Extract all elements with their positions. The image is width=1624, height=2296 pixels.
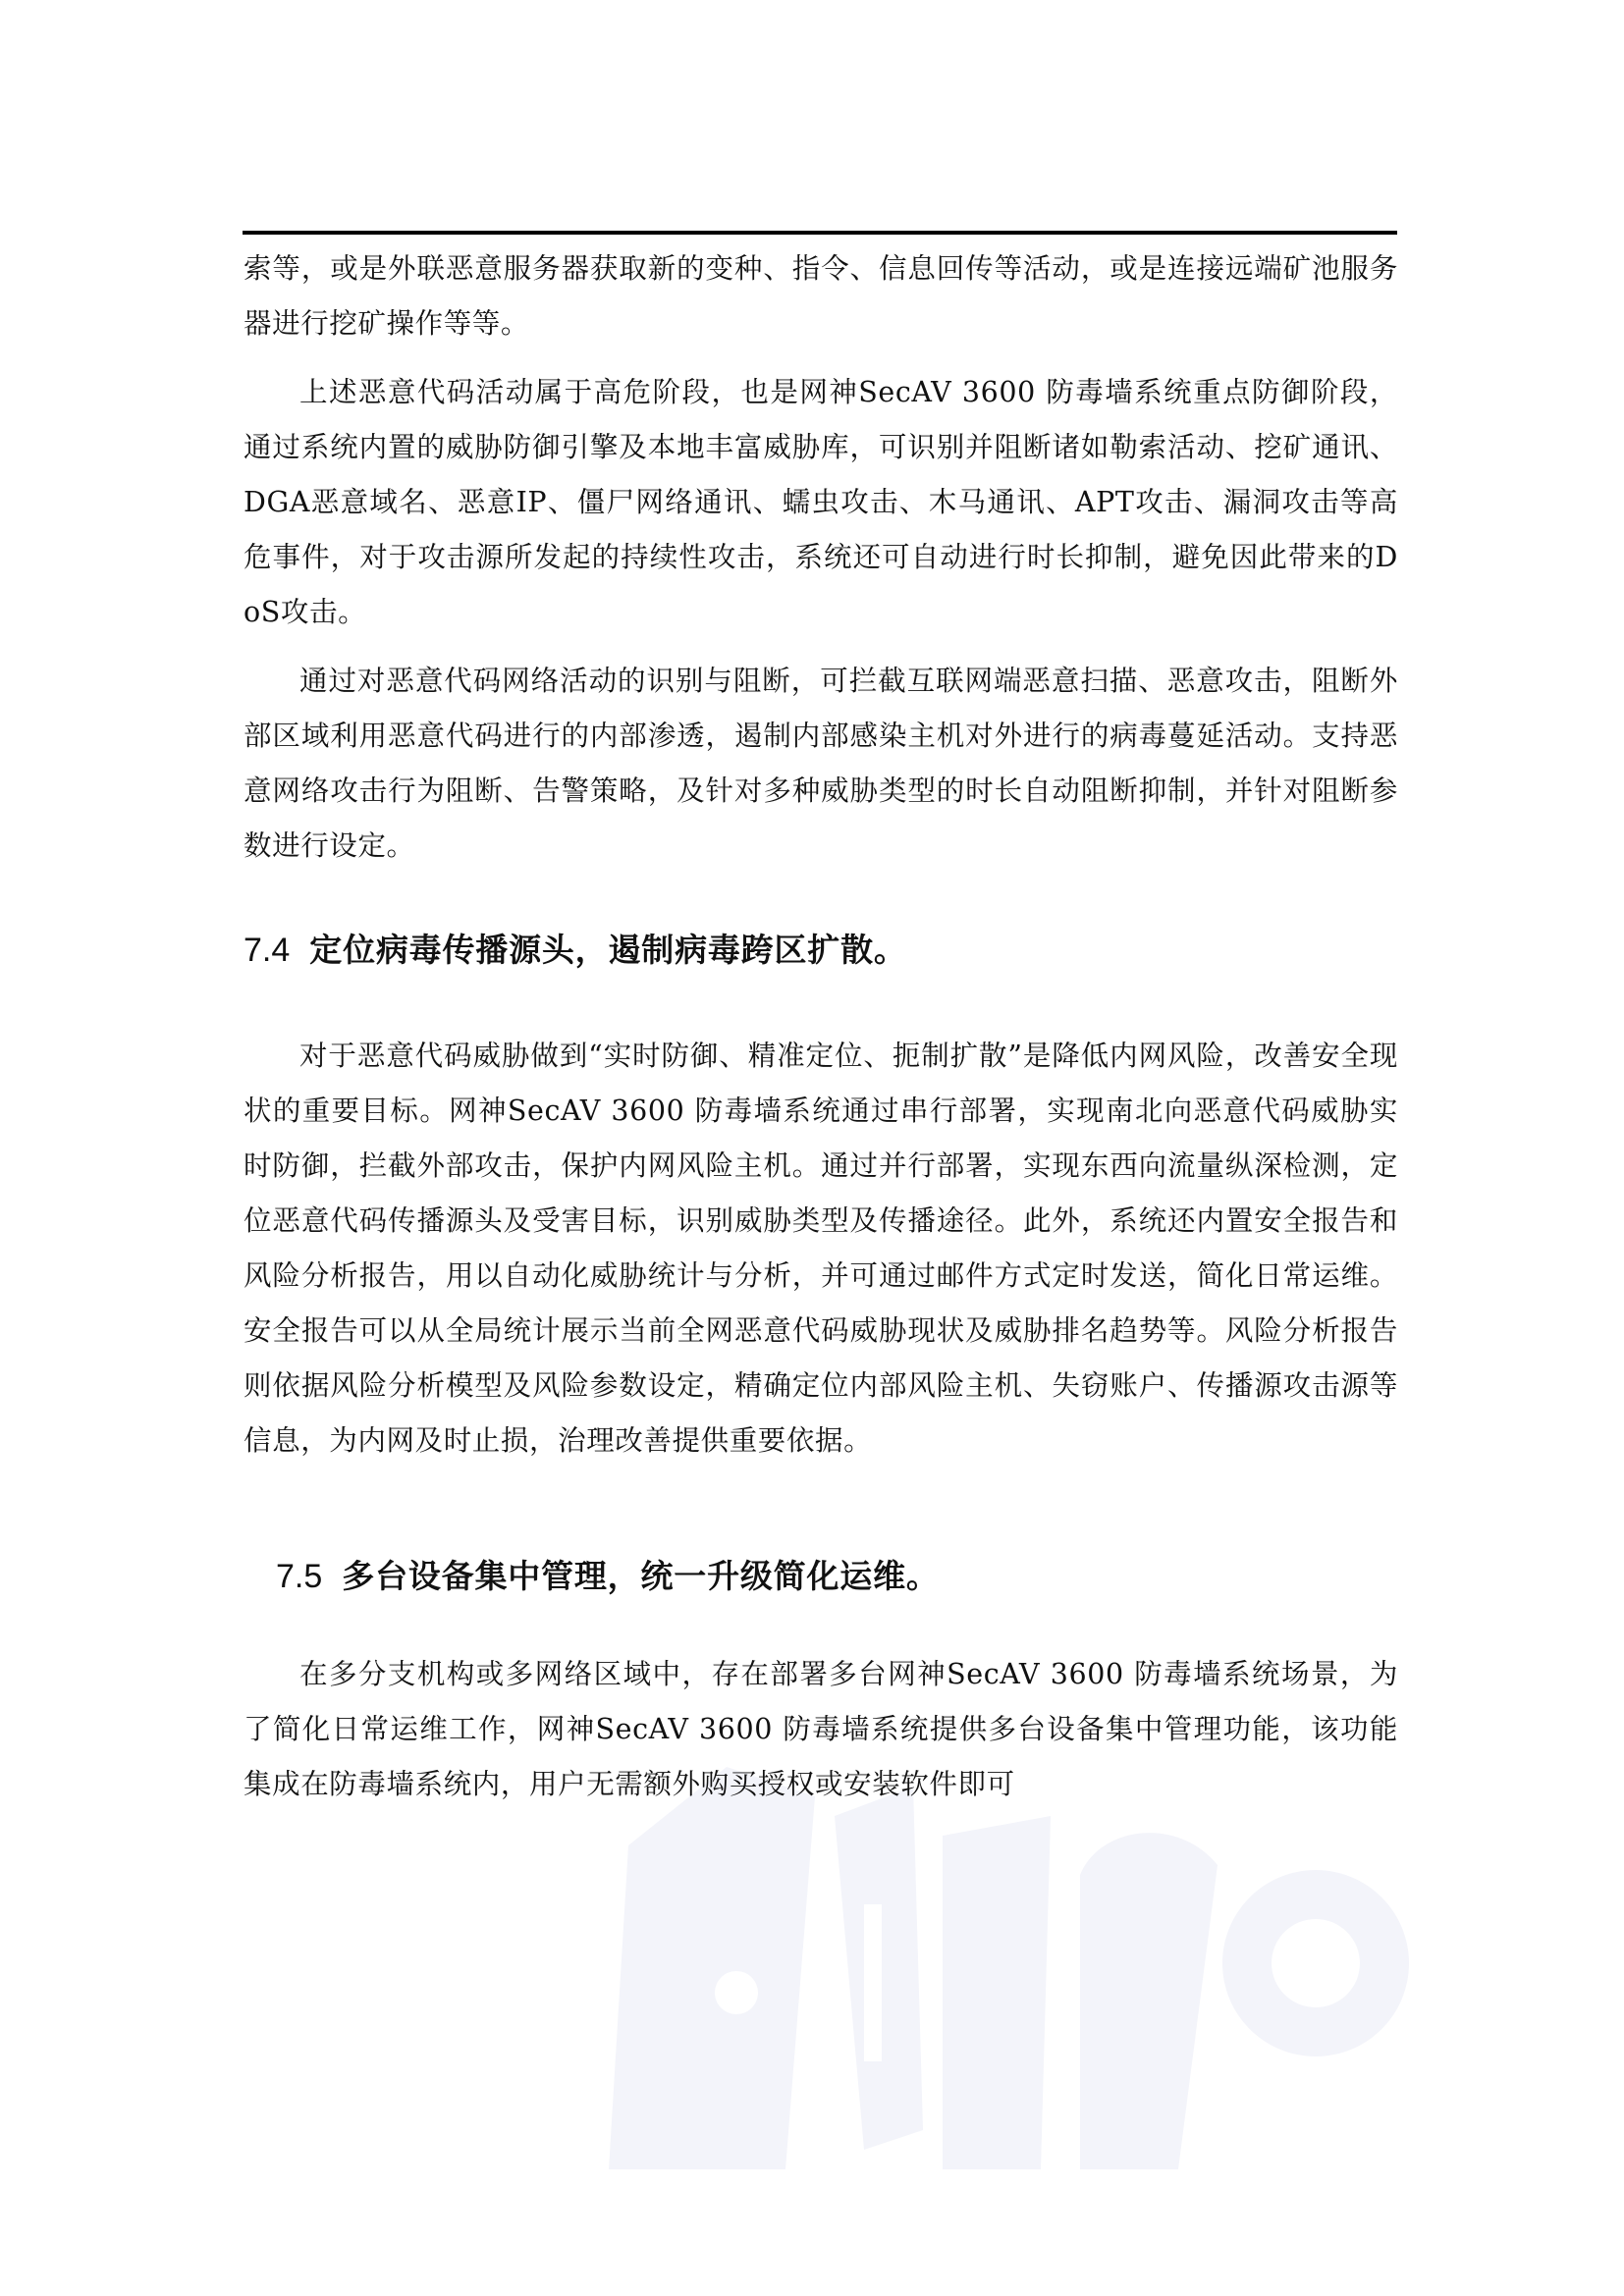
paragraph-high-risk-defense: 上述恶意代码活动属于高危阶段，也是网神SecAV 3600 防毒墙系统重点防御阶… — [244, 365, 1398, 640]
section-title: 多台设备集中管理，统一升级简化运维。 — [342, 1557, 939, 1595]
watermark-logo-icon — [589, 1757, 1414, 2169]
header-rule — [243, 231, 1397, 235]
section-title: 定位病毒传播源头，遏制病毒跨区扩散。 — [309, 931, 906, 969]
document-page: 索等，或是外联恶意服务器获取新的变种、指令、信息回传等活动，或是连接远端矿池服务… — [0, 0, 1624, 2296]
paragraph-continuation: 索等，或是外联恶意服务器获取新的变种、指令、信息回传等活动，或是连接远端矿池服务… — [244, 241, 1398, 351]
section-heading-7-4: 7.4定位病毒传播源头，遏制病毒跨区扩散。 — [244, 923, 1398, 978]
section-heading-7-5: 7.5多台设备集中管理，统一升级简化运维。 — [244, 1549, 1398, 1604]
document-body: 索等，或是外联恶意服务器获取新的变种、指令、信息回传等活动，或是连接远端矿池服务… — [244, 241, 1398, 1812]
paragraph-blocking-activity: 通过对恶意代码网络活动的识别与阻断，可拦截互联网端恶意扫描、恶意攻击，阻断外部区… — [244, 654, 1398, 874]
paragraph-section-7-4: 对于恶意代码威胁做到“实时防御、精准定位、扼制扩散”是降低内网风险，改善安全现状… — [244, 1029, 1398, 1468]
paragraph-section-7-5: 在多分支机构或多网络区域中，存在部署多台网神SecAV 3600 防毒墙系统场景… — [244, 1647, 1398, 1812]
section-number: 7.5 — [276, 1558, 322, 1595]
section-number: 7.4 — [244, 932, 290, 969]
